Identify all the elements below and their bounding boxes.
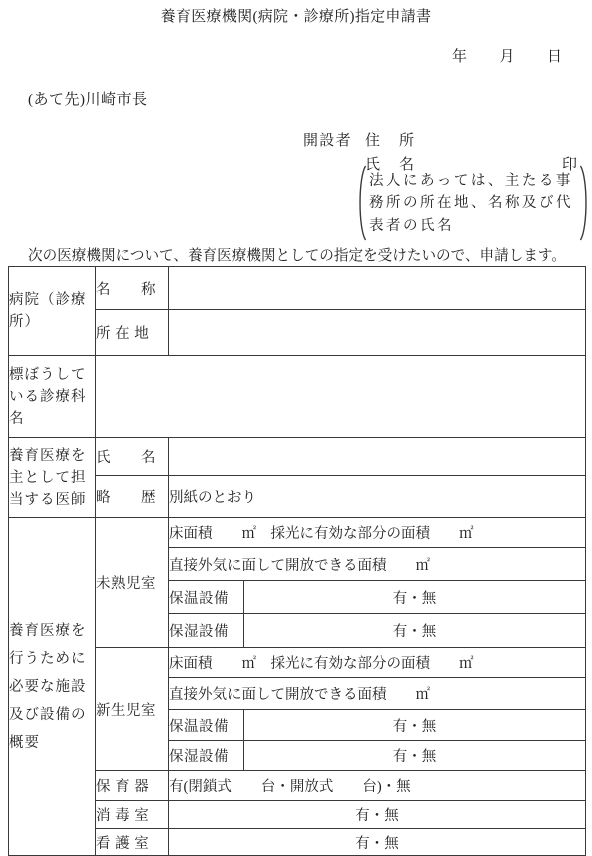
departments-label: 標ぼうしている診療科名 <box>9 356 96 438</box>
corporate-note-line: 法人にあっては、主たる事 <box>369 170 573 192</box>
departments-field <box>96 356 586 438</box>
corporate-note-line: 表者の氏名 <box>369 215 573 237</box>
date-line: 年 月 日 <box>452 45 562 66</box>
incubator-value: 有(閉鎖式 台・開放式 台)・無 <box>169 771 586 801</box>
large-paren-open <box>355 165 367 241</box>
doctor-name-label: 氏 名 <box>96 438 169 476</box>
newborn-ventilation-area: 直接外気に面して開放できる面積 ㎡ <box>169 678 586 710</box>
doctor-name-field <box>169 438 586 476</box>
facilities-group-label: 養育医療を行うために必要な施設及び設備の概要 <box>9 518 96 856</box>
doctor-career-label: 略 歴 <box>96 476 169 518</box>
newborn-floor-area: 床面積 ㎡ 採光に有効な部分の面積 ㎡ <box>169 648 586 678</box>
premature-floor-area: 床面積 ㎡ 採光に有効な部分の面積 ㎡ <box>169 518 586 548</box>
hospital-location-field <box>169 310 586 356</box>
application-table: 病院（診療所） 名 称 所 在 地 標ぼうしている診療科名 養育医療を主として担… <box>8 266 586 856</box>
addressee: (あて先)川崎市長 <box>28 88 148 109</box>
newborn-humidifying-label: 保湿設備 <box>169 741 244 771</box>
doctor-group-label: 養育医療を主として担当する医師 <box>9 438 96 518</box>
disinfection-room-value: 有・無 <box>169 801 586 829</box>
corporate-note-line: 務所の所在地、名称及び代 <box>369 192 573 214</box>
newborn-warming-label: 保温設備 <box>169 710 244 741</box>
hospital-name-field <box>169 267 586 310</box>
premature-warming-label: 保温設備 <box>169 581 244 614</box>
day-label: 日 <box>547 45 562 66</box>
applicant-role-label: 開設者 <box>303 129 352 150</box>
premature-warming-value: 有・無 <box>244 581 586 614</box>
large-paren-close <box>579 165 591 241</box>
year-label: 年 <box>452 45 467 66</box>
corporate-note: 法人にあっては、主たる事 務所の所在地、名称及び代 表者の氏名 <box>369 170 573 237</box>
disinfection-room-label: 消 毒 室 <box>96 801 169 829</box>
nursing-room-label: 看 護 室 <box>96 829 169 856</box>
application-statement: 次の医療機関について、養育医療機関としての指定を受けたいので、申請します。 <box>28 244 566 265</box>
month-label: 月 <box>499 45 514 66</box>
document-page: 養育医療機関(病院・診療所)指定申請書 年 月 日 (あて先)川崎市長 開設者 … <box>0 0 592 856</box>
newborn-room-label: 新生児室 <box>96 648 169 771</box>
hospital-name-label: 名 称 <box>96 267 169 310</box>
newborn-humidifying-value: 有・無 <box>244 741 586 771</box>
hospital-group-label: 病院（診療所） <box>9 267 96 356</box>
doctor-career-value: 別紙のとおり <box>169 476 586 518</box>
premature-humidifying-value: 有・無 <box>244 614 586 648</box>
premature-ventilation-area: 直接外気に面して開放できる面積 ㎡ <box>169 548 586 581</box>
applicant-address-label: 住 所 <box>365 129 416 150</box>
newborn-warming-value: 有・無 <box>244 710 586 741</box>
nursing-room-value: 有・無 <box>169 829 586 856</box>
hospital-location-label: 所 在 地 <box>96 310 169 356</box>
premature-humidifying-label: 保湿設備 <box>169 614 244 648</box>
page-title: 養育医療機関(病院・診療所)指定申請書 <box>0 5 592 26</box>
premature-room-label: 未熟児室 <box>96 518 169 648</box>
incubator-label: 保 育 器 <box>96 771 169 801</box>
